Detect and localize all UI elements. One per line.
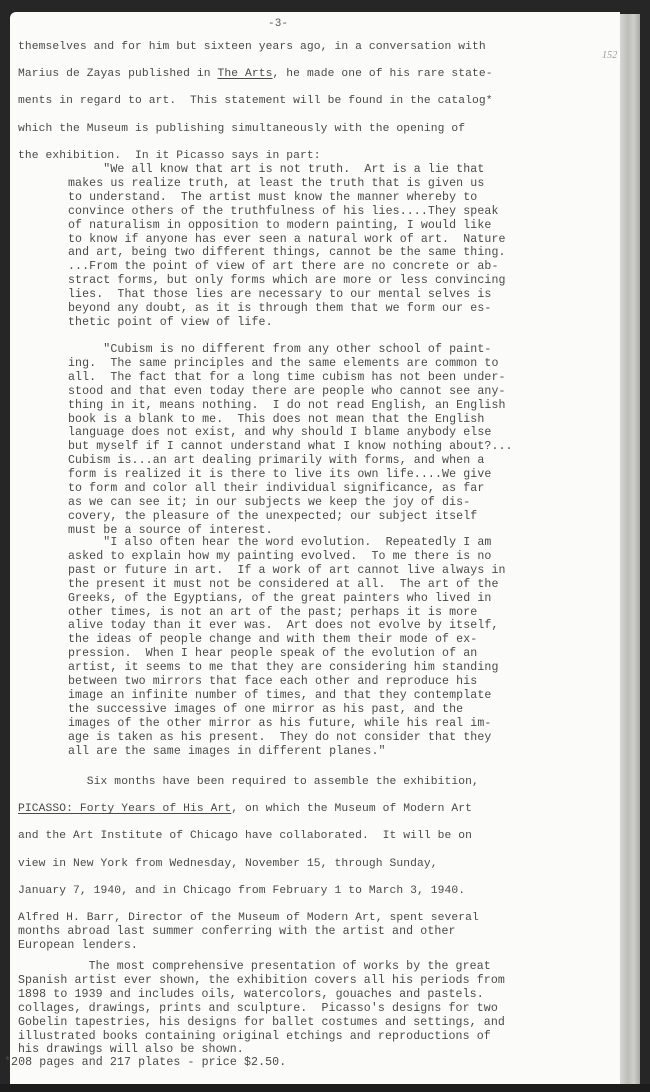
intro-line: themselves and for him but sixteen years… xyxy=(18,41,486,53)
exhibition-title: PICASSO: Forty Years of His Art xyxy=(18,803,231,815)
catalog-footnote: *208 pages and 217 plates - price $2.50. xyxy=(4,1056,286,1069)
publication-title: The Arts xyxy=(218,68,273,80)
exhibition-paragraph: Six months have been required to assembl… xyxy=(18,769,479,932)
quote-block-1: "We all know that art is not truth. Art … xyxy=(68,163,506,330)
intro-line: Marius de Zayas published in xyxy=(18,68,218,80)
document-page: -3- 152 themselves and for him but sixte… xyxy=(10,12,620,1084)
page-number: -3- xyxy=(268,18,288,30)
intro-line: ments in regard to art. This statement w… xyxy=(18,95,493,107)
intro-line: , he made one of his rare state- xyxy=(273,68,493,80)
intro-line: the exhibition. In it Picasso says in pa… xyxy=(18,150,321,162)
comprehensive-paragraph: The most comprehensive presentation of w… xyxy=(18,960,505,1057)
intro-line: which the Museum is publishing simultane… xyxy=(18,123,465,135)
margin-note: 152 xyxy=(602,50,617,61)
scan-bottom-edge xyxy=(0,1084,650,1092)
page-edge-stack xyxy=(620,14,640,1084)
quote-block-3: "I also often hear the word evolution. R… xyxy=(68,536,506,759)
intro-paragraph: themselves and for him but sixteen years… xyxy=(18,34,493,170)
exhibition-paragraph-tail: months abroad last summer conferring wit… xyxy=(18,925,456,953)
quote-block-2: "Cubism is no different from any other s… xyxy=(68,343,513,538)
